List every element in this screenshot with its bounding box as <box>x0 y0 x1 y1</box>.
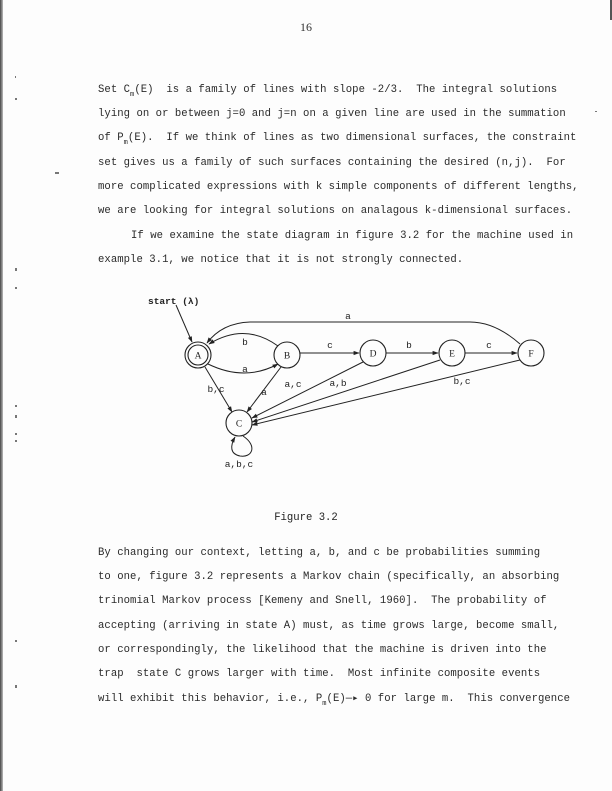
scan-speck <box>15 268 17 271</box>
text-line: will exhibit this behavior, i.e., Pm(E)—… <box>98 692 570 705</box>
transition-label: b,c <box>207 384 224 395</box>
scan-speck <box>15 685 17 688</box>
transition-label: a,b <box>329 378 346 389</box>
scan-speck <box>595 111 597 112</box>
scan-speck <box>15 440 17 442</box>
text-line: or correspondingly, the likelihood that … <box>98 644 547 656</box>
transition-label: a <box>345 311 351 322</box>
transition-label: a <box>261 387 267 398</box>
start-label: start (λ) <box>148 296 199 307</box>
scan-speck <box>15 433 17 435</box>
scan-speck <box>15 415 17 418</box>
scan-speck <box>15 640 17 642</box>
transition-label: a,c <box>284 379 301 390</box>
text-line: to one, figure 3.2 represents a Markov c… <box>98 571 559 583</box>
transition-label: c <box>327 340 333 351</box>
transition-label: c <box>486 340 492 351</box>
state-E: E <box>439 340 465 366</box>
scan-speck <box>55 172 59 174</box>
scan-speck <box>15 405 17 407</box>
text-line: By changing our context, letting a, b, a… <box>98 547 540 559</box>
start-arrow <box>176 305 192 342</box>
transition-D-C <box>252 362 363 418</box>
text-line: accepting (arriving in state A) must, as… <box>98 620 559 632</box>
svg-text:E: E <box>449 350 455 360</box>
transition-label: a,b,c <box>225 459 254 470</box>
figure-caption: Figure 3.2 <box>0 512 612 524</box>
state-diagram: ABCDEF start (λ)abb,caca,cba,bcab,ca,b,c <box>0 0 612 520</box>
transition-label: a <box>242 364 248 375</box>
transition-F-C <box>252 360 520 425</box>
state-B: B <box>274 342 300 368</box>
transition-F-A <box>207 322 520 344</box>
subscript: m <box>322 700 326 708</box>
transition-label: b,c <box>453 376 470 387</box>
transition-label: b <box>242 337 248 348</box>
svg-text:A: A <box>195 352 202 362</box>
scan-speck <box>15 98 17 100</box>
svg-text:C: C <box>236 420 242 430</box>
scan-speck <box>15 76 16 78</box>
scan-speck <box>15 287 17 289</box>
state-C: C <box>226 410 252 436</box>
transition-C-C <box>232 436 252 456</box>
state-F: F <box>518 340 544 366</box>
svg-text:D: D <box>370 350 377 360</box>
state-A: A <box>185 342 211 368</box>
transition-E-C <box>252 360 440 422</box>
text-line: trap state C grows larger with time. Mos… <box>98 668 540 680</box>
transition-label: b <box>406 340 412 351</box>
text-line: trinomial Markov process [Kemeny and Sne… <box>98 595 547 607</box>
state-D: D <box>360 340 386 366</box>
svg-text:F: F <box>528 350 533 360</box>
svg-text:B: B <box>284 352 290 362</box>
